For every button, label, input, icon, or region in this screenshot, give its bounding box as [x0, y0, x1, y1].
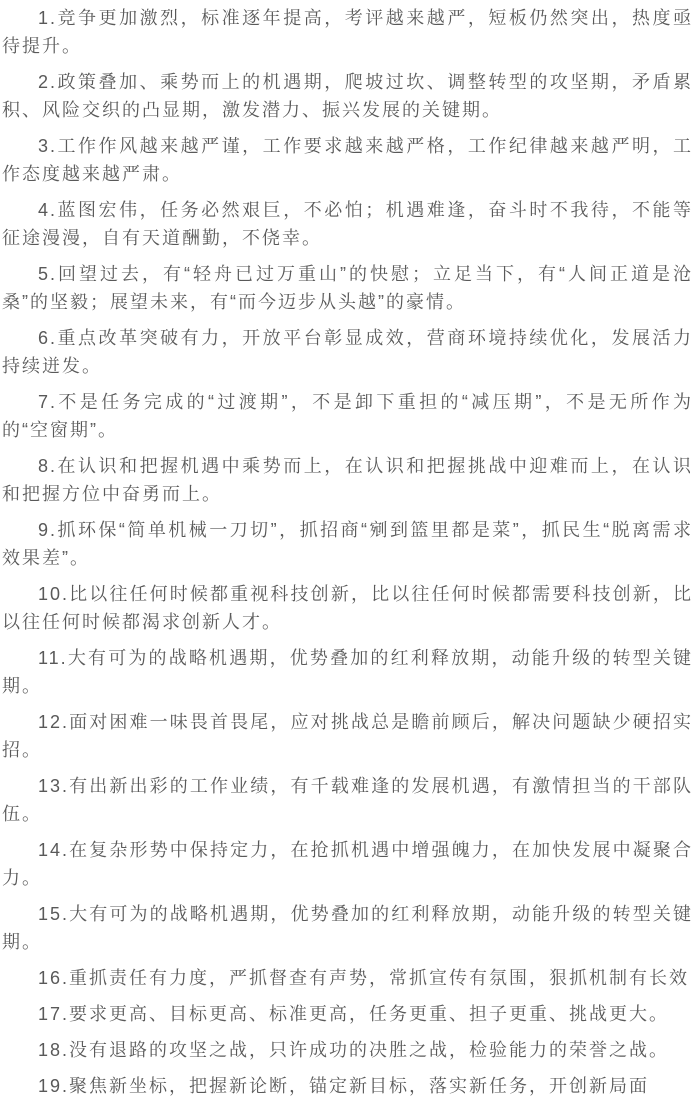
paragraph: 17.要求更高、目标更高、标准更高，任务更重、担子更重、挑战更大。 — [2, 1000, 693, 1028]
paragraph: 13.有出新出彩的工作业绩，有千载难逢的发展机遇，有激情担当的干部队伍。 — [2, 772, 693, 828]
paragraph-list: 1.竞争更加激烈，标准逐年提高，考评越来越严，短板仍然突出，热度亟待提升。2.政… — [2, 4, 693, 1097]
paragraph: 18.没有退路的攻坚之战，只许成功的决胜之战，检验能力的荣誉之战。 — [2, 1036, 693, 1064]
paragraph: 1.竞争更加激烈，标准逐年提高，考评越来越严，短板仍然突出，热度亟待提升。 — [2, 4, 693, 60]
paragraph: 6.重点改革突破有力，开放平台彰显成效，营商环境持续优化，发展活力持续迸发。 — [2, 324, 693, 380]
paragraph: 16.重抓责任有力度，严抓督查有声势，常抓宣传有氛围，狠抓机制有长效 — [2, 964, 693, 992]
paragraph: 7.不是任务完成的“过渡期”，不是卸下重担的“减压期”，不是无所作为的“空窗期”… — [2, 388, 693, 444]
paragraph: 19.聚焦新坐标，把握新论断，锚定新目标，落实新任务，开创新局面 — [2, 1072, 693, 1097]
paragraph: 15.大有可为的战略机遇期，优势叠加的红利释放期，动能升级的转型关键期。 — [2, 900, 693, 956]
paragraph: 10.比以往任何时候都重视科技创新，比以往任何时候都需要科技创新，比以往任何时候… — [2, 580, 693, 636]
article-body: 1.竞争更加激烈，标准逐年提高，考评越来越严，短板仍然突出，热度亟待提升。2.政… — [0, 0, 693, 1097]
paragraph: 5.回望过去，有“轻舟已过万重山”的快慰；立足当下，有“人间正道是沧桑”的坚毅；… — [2, 260, 693, 316]
paragraph: 2.政策叠加、乘势而上的机遇期，爬坡过坎、调整转型的攻坚期，矛盾累积、风险交织的… — [2, 68, 693, 124]
paragraph: 14.在复杂形势中保持定力，在抢抓机遇中增强魄力，在加快发展中凝聚合力。 — [2, 836, 693, 892]
paragraph: 3.工作作风越来越严谨，工作要求越来越严格，工作纪律越来越严明，工作态度越来越严… — [2, 132, 693, 188]
paragraph: 4.蓝图宏伟，任务必然艰巨，不必怕；机遇难逢，奋斗时不我待，不能等征途漫漫，自有… — [2, 196, 693, 252]
paragraph: 12.面对困难一味畏首畏尾，应对挑战总是瞻前顾后，解决问题缺少硬招实招。 — [2, 708, 693, 764]
paragraph: 11.大有可为的战略机遇期，优势叠加的红利释放期，动能升级的转型关键期。 — [2, 644, 693, 700]
paragraph: 8.在认识和把握机遇中乘势而上，在认识和把握挑战中迎难而上，在认识和把握方位中奋… — [2, 452, 693, 508]
paragraph: 9.抓环保“简单机械一刀切”，抓招商“剜到篮里都是菜”，抓民生“脱离需求效果差”… — [2, 516, 693, 572]
